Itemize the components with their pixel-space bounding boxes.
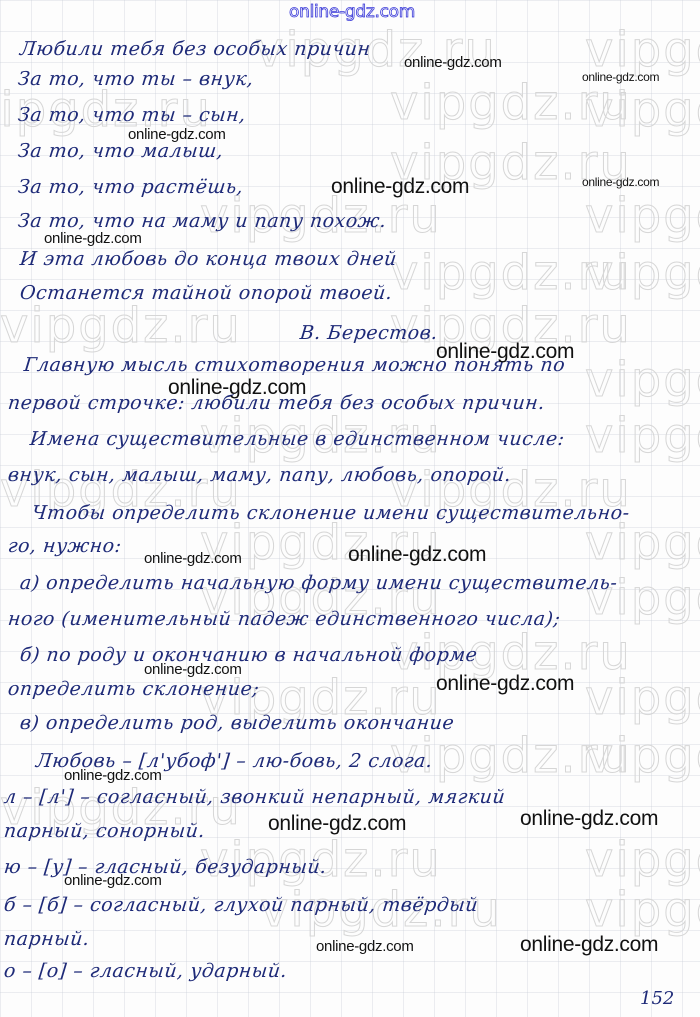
declension-step: б) по роду и окончанию в начальной форме <box>19 644 479 666</box>
site-watermark: online-gdz.com <box>582 175 659 189</box>
poem-line: Останется тайной опорой твоей. <box>19 282 394 304</box>
site-watermark: online-gdz.com <box>520 933 658 957</box>
site-watermark: online-gdz.com <box>331 175 469 199</box>
site-watermark: online-gdz.com <box>436 340 574 364</box>
page-number: 152 <box>640 988 674 1009</box>
background-watermark: vipgdz.ru <box>585 728 700 784</box>
poem-line: За то, что растёшь, <box>17 176 245 198</box>
phonetic-line: ю – [у] – гласный, безударный. <box>3 856 328 878</box>
background-watermark: vipgdz.ru <box>585 352 700 408</box>
phonetic-line: б – [б] – согласный, глухой парный, твёр… <box>3 894 479 916</box>
background-watermark: vipgdz.ru <box>585 408 700 464</box>
poem-line: За то, что малыш, <box>17 140 225 162</box>
nouns-list: внук, сын, малыш, маму, папу, любовь, оп… <box>7 464 512 486</box>
site-watermark: online-gdz.com <box>316 938 414 955</box>
background-watermark: vipgdz.ru <box>585 245 700 301</box>
phonetic-line: парный, сонорный. <box>3 820 206 842</box>
poem-line: Любили тебя без особых причин <box>19 38 372 60</box>
phonetic-line: парный. <box>3 928 91 950</box>
declension-intro: Чтобы определить склонение имени существ… <box>31 502 631 524</box>
phonetic-line: о – [о] – гласный, ударный. <box>3 960 288 982</box>
declension-step: определить склонение; <box>7 678 261 700</box>
background-watermark: vipgdz.ru <box>585 82 700 138</box>
site-watermark: online-gdz.com <box>144 661 242 678</box>
background-watermark: vipgdz.ru <box>585 882 700 938</box>
notebook-page: vipgdz.ru vipgdz.ru vipgdz.ru vipgdz.ru … <box>0 0 700 1017</box>
phonetic-line: л – [л'] – согласный, звонкий непарный, … <box>3 786 507 808</box>
site-watermark: online-gdz.com <box>128 126 226 143</box>
poem-author: В. Берестов. <box>299 322 439 344</box>
site-watermark: online-gdz.com <box>144 550 242 567</box>
background-watermark: vipgdz.ru <box>585 670 700 726</box>
site-watermark: online-gdz.com <box>436 672 574 696</box>
top-watermark: online-gdz.com <box>289 2 415 22</box>
site-watermark: online-gdz.com <box>44 230 142 247</box>
site-watermark: online-gdz.com <box>64 872 162 889</box>
declension-step: а) определить начальную форму имени суще… <box>19 572 619 594</box>
site-watermark: online-gdz.com <box>64 767 162 784</box>
poem-line: За то, что на маму и папу похож. <box>17 210 388 232</box>
site-watermark: online-gdz.com <box>582 70 659 84</box>
site-watermark: online-gdz.com <box>404 54 502 71</box>
declension-step: в) определить род, выделить окончание <box>19 712 456 734</box>
declension-step: ного (именительный падеж единственного ч… <box>7 608 562 630</box>
site-watermark: online-gdz.com <box>520 807 658 831</box>
site-watermark: online-gdz.com <box>348 543 486 567</box>
background-watermark: vipgdz.ru <box>585 188 700 244</box>
poem-line: И эта любовь до конца твоих дней <box>19 248 398 270</box>
nouns-intro: Имена существительные в единственном чис… <box>29 428 566 450</box>
site-watermark: online-gdz.com <box>168 376 306 400</box>
declension-intro: го, нужно: <box>7 535 123 557</box>
background-watermark: vipgdz.ru <box>0 298 242 354</box>
poem-line: За то, что ты – сын, <box>17 104 247 126</box>
background-watermark: vipgdz.ru <box>585 832 700 888</box>
site-watermark: online-gdz.com <box>268 812 406 836</box>
poem-line: За то, что ты – внук, <box>17 68 255 90</box>
